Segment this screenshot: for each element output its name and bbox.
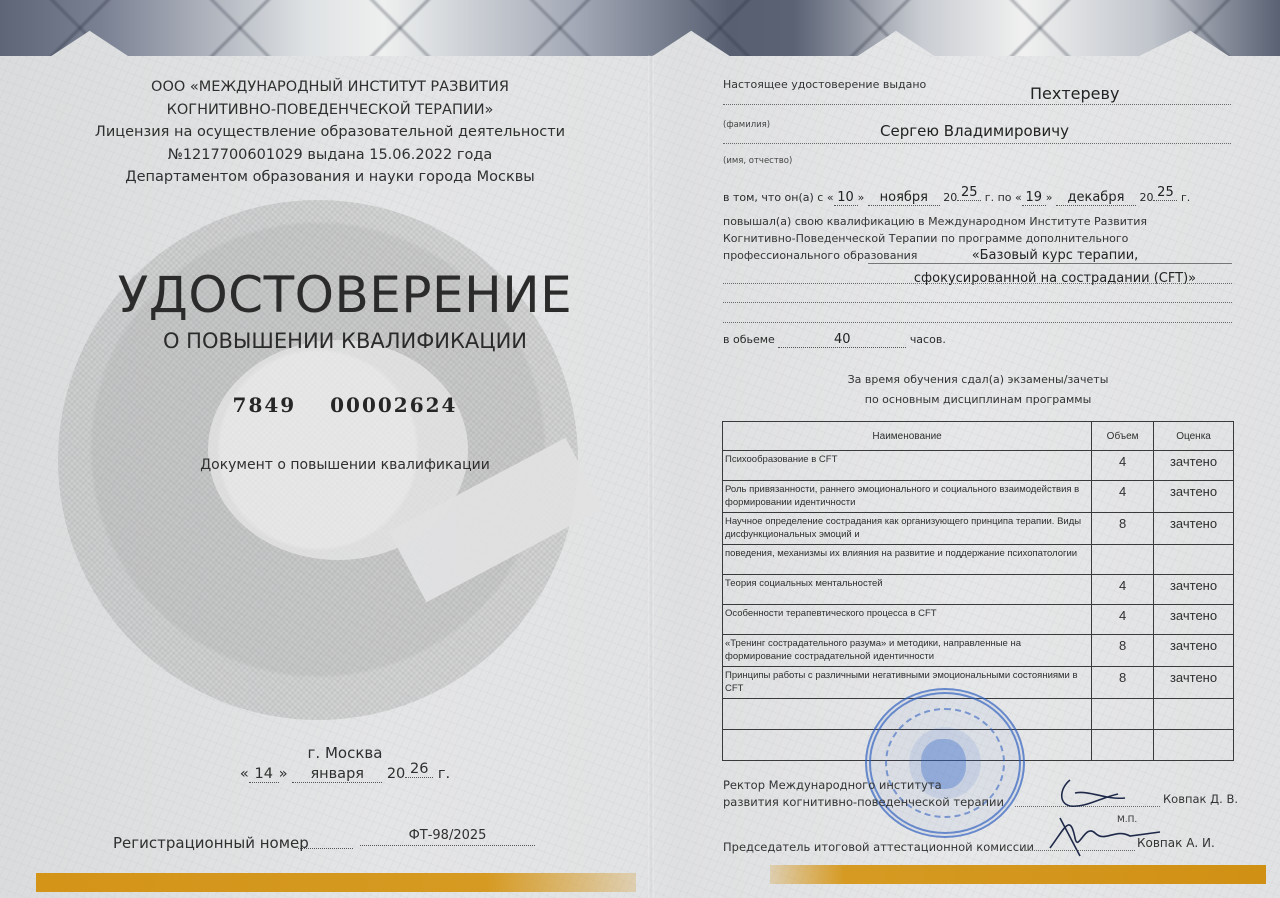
exams-line-2: по основным дисциплинам программы bbox=[723, 390, 1233, 410]
gold-stripe-right bbox=[770, 865, 1266, 884]
registration-dots bbox=[298, 848, 353, 849]
period-to-label: г. по « bbox=[985, 191, 1022, 204]
rector-line-1: Ректор Международного института bbox=[723, 777, 1004, 794]
start-day: 10 bbox=[834, 190, 858, 206]
issued-to-label: Настоящее удостоверение выдано bbox=[723, 78, 926, 91]
rector-line-2: развития когнитивно-поведенческой терапи… bbox=[723, 794, 1004, 811]
subject-grade bbox=[1154, 730, 1234, 761]
course-line-rule-3 bbox=[723, 302, 1232, 303]
issue-date-close-quote: » bbox=[279, 766, 288, 782]
start-month: ноября bbox=[868, 190, 940, 206]
subject-name: «Тренинг сострадательного разума» и мето… bbox=[723, 635, 1092, 667]
serial-number: 7849 00002624 bbox=[80, 393, 610, 417]
document-type: Документ о повышении квалификации bbox=[80, 457, 610, 473]
subject-grade bbox=[1154, 699, 1234, 730]
license-number: №1217700601029 выдана 15.06.2022 года bbox=[80, 144, 580, 167]
registration-number: ФТ-98/2025 bbox=[360, 828, 535, 846]
header-name: Наименование bbox=[723, 422, 1092, 451]
subject-grade: зачтено bbox=[1154, 575, 1234, 605]
period-suffix: г. bbox=[1181, 191, 1190, 204]
subject-name: поведения, механизмы их влияния на разви… bbox=[723, 545, 1092, 575]
subject-grade: зачтено bbox=[1154, 605, 1234, 635]
given-names-caption: (имя, отчество) bbox=[723, 156, 792, 166]
issue-year-prefix: 20 bbox=[387, 766, 405, 782]
period-prefix: в том, что он(а) с « bbox=[723, 191, 834, 204]
document-title: УДОСТОВЕРЕНИЕ bbox=[80, 266, 610, 324]
table-row: Психообразование в CFT4зачтено bbox=[723, 451, 1234, 481]
course-line-rule-4 bbox=[723, 322, 1232, 323]
subject-name: Психообразование в CFT bbox=[723, 451, 1092, 481]
table-row: Научное определение сострадания как орга… bbox=[723, 513, 1234, 545]
subject-grade: зачтено bbox=[1154, 481, 1234, 513]
body-line-1: повышал(а) свою квалификацию в Междунаро… bbox=[723, 213, 1243, 230]
page-fold bbox=[648, 55, 654, 898]
issue-day: 14 bbox=[249, 766, 279, 783]
chair-name: Ковпак А. И. bbox=[1137, 836, 1215, 850]
subject-volume bbox=[1092, 545, 1154, 575]
subject-volume: 4 bbox=[1092, 451, 1154, 481]
license-line: Лицензия на осуществление образовательно… bbox=[80, 121, 580, 144]
course-line-rule-1 bbox=[868, 263, 1232, 264]
exams-heading: За время обучения сдал(а) экзамены/зачет… bbox=[723, 370, 1233, 410]
table-row: Роль привязанности, раннего эмоционально… bbox=[723, 481, 1234, 513]
volume-label: в обьеме bbox=[723, 333, 775, 346]
rector-title: Ректор Международного института развития… bbox=[723, 777, 1004, 811]
issue-date: «14» января 2026 г. bbox=[80, 766, 610, 783]
end-year: 25 bbox=[1153, 185, 1177, 201]
header-grade: Оценка bbox=[1154, 422, 1234, 451]
surname-line bbox=[723, 104, 1231, 105]
rector-name: Ковпак Д. В. bbox=[1163, 792, 1238, 806]
chair-signature-line bbox=[1020, 850, 1135, 851]
course-line-2: сфокусированной на сострадании (CFT)» bbox=[875, 267, 1235, 290]
start-year: 25 bbox=[957, 185, 981, 201]
subject-name: Теория социальных ментальностей bbox=[723, 575, 1092, 605]
surname-caption: (фамилия) bbox=[723, 120, 770, 130]
subject-volume: 8 bbox=[1092, 635, 1154, 667]
table-row: «Тренинг сострадательного разума» и мето… bbox=[723, 635, 1234, 667]
recipient-surname: Пехтереву bbox=[1030, 84, 1119, 103]
subject-volume: 4 bbox=[1092, 575, 1154, 605]
subject-grade: зачтено bbox=[1154, 513, 1234, 545]
organization-header: ООО «МЕЖДУНАРОДНЫЙ ИНСТИТУТ РАЗВИТИЯ КОГ… bbox=[80, 76, 580, 189]
subject-grade: зачтено bbox=[1154, 635, 1234, 667]
issue-city: г. Москва bbox=[80, 744, 610, 762]
subject-grade bbox=[1154, 545, 1234, 575]
table-header-row: Наименование Объем Оценка bbox=[723, 422, 1234, 451]
org-name-line1: ООО «МЕЖДУНАРОДНЫЙ ИНСТИТУТ РАЗВИТИЯ bbox=[80, 76, 580, 99]
license-issuer: Департаментом образования и науки города… bbox=[80, 166, 580, 189]
subject-grade: зачтено bbox=[1154, 451, 1234, 481]
official-seal-icon bbox=[865, 688, 1025, 838]
header-volume: Объем bbox=[1092, 422, 1154, 451]
exams-line-1: За время обучения сдал(а) экзамены/зачет… bbox=[723, 370, 1233, 390]
subject-volume bbox=[1092, 699, 1154, 730]
decorative-top-band bbox=[0, 0, 1280, 56]
document-subtitle: О ПОВЫШЕНИИ КВАЛИФИКАЦИИ bbox=[80, 329, 610, 353]
given-names-line bbox=[723, 143, 1231, 144]
training-period: в том, что он(а) с «10» ноября 2025 г. п… bbox=[723, 190, 1190, 206]
registration-label: Регистрационный номер bbox=[113, 834, 309, 852]
issue-year-label: г. bbox=[438, 766, 450, 782]
table-row: поведения, механизмы их влияния на разви… bbox=[723, 545, 1234, 575]
volume-hours: 40 bbox=[778, 332, 906, 348]
end-year-prefix: 20 bbox=[1139, 191, 1153, 204]
subject-name: Принципы работы с различными негативными… bbox=[723, 667, 1092, 699]
subject-volume: 4 bbox=[1092, 605, 1154, 635]
subject-name: Научное определение сострадания как орга… bbox=[723, 513, 1092, 545]
subject-volume: 8 bbox=[1092, 513, 1154, 545]
issue-date-open-quote: « bbox=[240, 766, 249, 782]
subject-name: Особенности терапевтического процесса в … bbox=[723, 605, 1092, 635]
end-month: декабря bbox=[1056, 190, 1136, 206]
subject-volume: 4 bbox=[1092, 481, 1154, 513]
gold-stripe-left bbox=[36, 873, 636, 892]
recipient-given-names: Сергею Владимировичу bbox=[880, 122, 1069, 140]
subject-volume bbox=[1092, 730, 1154, 761]
course-line-rule-2 bbox=[723, 283, 1232, 284]
subject-grade: зачтено bbox=[1154, 667, 1234, 699]
issue-month: января bbox=[292, 766, 382, 783]
subject-volume: 8 bbox=[1092, 667, 1154, 699]
table-row: Особенности терапевтического процесса в … bbox=[723, 605, 1234, 635]
issue-year: 26 bbox=[405, 761, 433, 778]
course-volume: в обьеме 40 часов. bbox=[723, 332, 946, 348]
table-row: Теория социальных ментальностей4зачтено bbox=[723, 575, 1234, 605]
period-quote-1: » bbox=[858, 191, 865, 204]
start-year-prefix: 20 bbox=[943, 191, 957, 204]
chair-title: Председатель итоговой аттестационной ком… bbox=[723, 840, 1034, 854]
subject-name: Роль привязанности, раннего эмоционально… bbox=[723, 481, 1092, 513]
end-day: 19 bbox=[1022, 190, 1046, 206]
period-quote-2: » bbox=[1046, 191, 1053, 204]
org-name-line2: КОГНИТИВНО-ПОВЕДЕНЧЕСКОЙ ТЕРАПИИ» bbox=[80, 99, 580, 122]
volume-unit: часов. bbox=[910, 333, 946, 346]
